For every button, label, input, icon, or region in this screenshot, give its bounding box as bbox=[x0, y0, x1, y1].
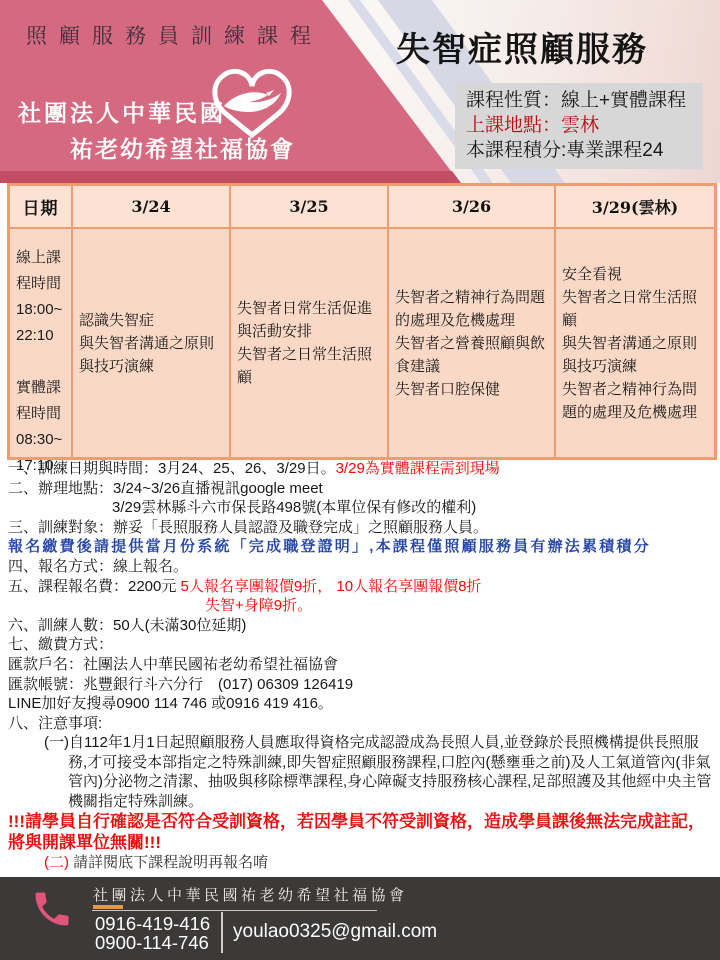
note-1-text: 一、訓練日期與時間：3月24、25、26、3/29日。 bbox=[8, 460, 336, 477]
note-line-6: 六、訓練人數：50人(未滿30位延期) bbox=[8, 616, 714, 636]
footer-divider-line bbox=[92, 910, 377, 912]
program-title: 照顧服務員訓練課程 bbox=[26, 20, 323, 50]
note-line-7a: 匯款戶名：社團法人中華民國祐老幼希望社福協會 bbox=[8, 655, 714, 675]
notes-section: 一、訓練日期與時間：3月24、25、26、3/29日。3/29為實體課程需到現場… bbox=[8, 459, 714, 873]
header-band: 照顧服務員訓練課程 社團法人中華民國 祐老幼希望社福協會 失智症照顧服務 課程性… bbox=[0, 0, 720, 183]
footer-orange-accent bbox=[93, 905, 123, 909]
note-line-8b: (二) 請詳閱底下課程說明再報名唷 bbox=[8, 853, 714, 873]
table-header-326: 3/26 bbox=[388, 185, 555, 228]
note-line-8: 八、注意事項: bbox=[8, 714, 714, 734]
note-line-7c: LINE加好友搜尋0900 114 746 或0916 419 416。 bbox=[8, 694, 714, 714]
note-line-4: 四、報名方式：線上報名。 bbox=[8, 557, 714, 577]
footer-org-name: 社團法人中華民國祐老幼希望社福協會 bbox=[93, 884, 408, 905]
footer-vertical-divider bbox=[221, 912, 223, 953]
footer-bar: 社團法人中華民國祐老幼希望社福協會 0916-419-416 0900-114-… bbox=[0, 877, 720, 960]
table-time-cell: 線上課程時間 18:00~ 22:10 實體課程時間 08:30~ 17:10 bbox=[9, 228, 72, 458]
table-content-324: 認識失智症 與失智者溝通之原則與技巧演練 bbox=[72, 228, 230, 458]
course-title: 失智症照顧服務 bbox=[396, 22, 648, 71]
note-line-2b: 3/29雲林縣斗六市保長路498號(本單位保有修改的權利) bbox=[8, 498, 714, 518]
note-line-5: 五、課程報名費：2200元 5人報名享團報價9折， 10人報名享團報價8折 bbox=[8, 577, 714, 597]
note-line-1: 一、訓練日期與時間：3月24、25、26、3/29日。3/29為實體課程需到現場 bbox=[8, 459, 714, 479]
note-8b-number: (二) bbox=[44, 854, 69, 871]
note-line-3b: 報名繳費後請提供當月份系統「完成職登證明」,本課程僅照顧服務員有辦法累積積分 bbox=[8, 537, 714, 557]
footer-phone-2: 0900-114-746 bbox=[95, 932, 209, 954]
heart-dove-logo-icon bbox=[200, 60, 304, 144]
note-5-red: 5人報名享團報價9折， 10人報名享團報價8折 bbox=[181, 578, 482, 595]
footer-email: youlao0325@gmail.com bbox=[233, 921, 437, 943]
note-line-5b: 失智+身障9折。 bbox=[8, 596, 714, 616]
phone-icon bbox=[30, 887, 74, 931]
course-location: 上課地點：雲林 bbox=[466, 113, 692, 138]
table-header-325: 3/25 bbox=[230, 185, 388, 228]
note-line-3: 三、訓練對象：辦妥「長照服務人員認證及職登完成」之照顧服務人員。 bbox=[8, 518, 714, 538]
table-header-324: 3/24 bbox=[72, 185, 230, 228]
note-line-7b: 匯款帳號：兆豐銀行斗六分行 (017) 06309 126419 bbox=[8, 675, 714, 695]
table-corner-header: 日期 bbox=[9, 185, 72, 228]
note-8b-text: 請詳閱底下課程說明再報名唷 bbox=[69, 854, 268, 871]
warning-text: !!!請學員自行確認是否符合受訓資格，若因學員不符受訓資格，造成學員課後無法完成… bbox=[8, 811, 714, 853]
table-content-325: 失智者日常生活促進與活動安排 失智者之日常生活照顧 bbox=[230, 228, 388, 458]
note-line-8a: (一)自112年1月1日起照顧服務人員應取得資格完成認證成為長照人員,並登錄於長… bbox=[8, 733, 714, 811]
note-line-2: 二、辦理地點：3/24~3/26直播視訊google meet bbox=[8, 479, 714, 499]
note-1-red: 3/29為實體課程需到現場 bbox=[336, 460, 500, 477]
table-header-329: 3/29(雲林) bbox=[555, 185, 715, 228]
org-name-line1: 社團法人中華民國 bbox=[18, 95, 226, 128]
course-credits: 本課程積分:專業課程24 bbox=[466, 138, 692, 163]
flyer-page: 照顧服務員訓練課程 社團法人中華民國 祐老幼希望社福協會 失智症照顧服務 課程性… bbox=[0, 0, 720, 960]
course-nature: 課程性質：線上+實體課程 bbox=[466, 88, 692, 113]
course-info-box: 課程性質：線上+實體課程 上課地點：雲林 本課程積分:專業課程24 bbox=[455, 83, 703, 169]
note-5-text: 五、課程報名費：2200元 bbox=[8, 578, 181, 595]
table-content-329: 安全看視 失智者之日常生活照顧 與失智者溝通之原則與技巧演練 失智者之精神行為問… bbox=[555, 228, 715, 458]
table-content-326: 失智者之精神行為問題的處理及危機處理 失智者之營養照顧與飲食建議 失智者口腔保健 bbox=[388, 228, 555, 458]
note-line-7: 七、繳費方式： bbox=[8, 635, 714, 655]
schedule-table: 日期 3/24 3/25 3/26 3/29(雲林) 線上課程時間 18:00~… bbox=[7, 183, 717, 460]
